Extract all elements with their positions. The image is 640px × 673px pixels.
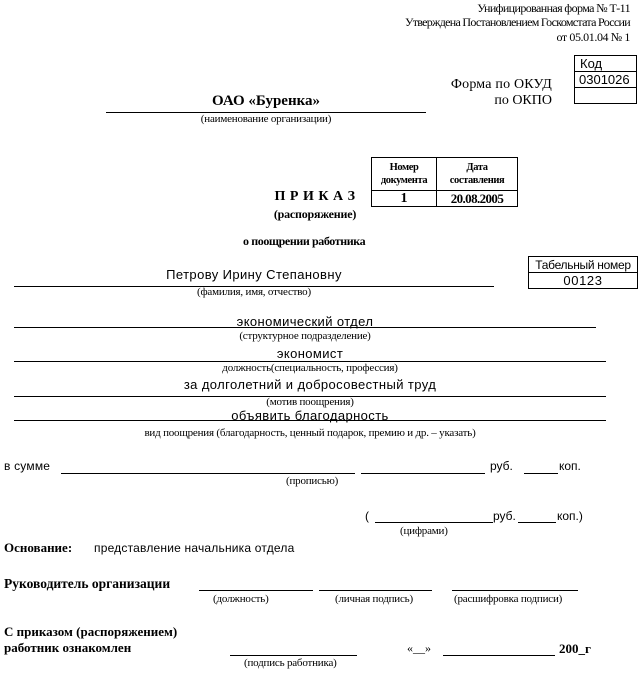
document-number-date-table: Номер документа Дата составления 1 20.08…	[371, 157, 518, 207]
amount-kop-label: коп.	[559, 459, 581, 473]
okpo-code	[575, 88, 637, 104]
amount-digits-kop-label: коп.)	[557, 509, 583, 523]
reward-line	[14, 420, 606, 421]
approval-line: Утверждена Постановлением Госкомстата Ро…	[405, 15, 630, 30]
tab-number-table: Табельный номер 00123	[528, 256, 638, 289]
form-number-line: Унифицированная форма № Т-11	[477, 1, 630, 16]
amount-digits-kop-line[interactable]	[518, 522, 556, 523]
amount-digits-caption: (цифрами)	[400, 525, 448, 537]
okud-code: 0301026	[575, 72, 637, 88]
okud-label: Форма по ОКУД	[451, 77, 552, 93]
document-subtitle: (распоряжение)	[250, 207, 380, 222]
amount-digits-rub-line[interactable]	[375, 522, 493, 523]
date-header: Дата составления	[437, 158, 518, 191]
ack-line-2: работник ознакомлен	[4, 640, 131, 656]
amount-kop-line[interactable]	[524, 473, 558, 474]
position-value[interactable]: экономист	[14, 346, 606, 361]
ack-day[interactable]: «__»	[407, 641, 431, 656]
head-label: Руководитель организации	[4, 576, 170, 592]
document-subject: о поощрении работника	[243, 234, 365, 249]
ack-line-1: С приказом (распоряжением)	[4, 624, 177, 640]
amount-words-caption: (прописью)	[286, 475, 338, 487]
head-decoding-line[interactable]	[452, 590, 578, 591]
department-line	[14, 327, 596, 328]
motive-caption: (мотив поощрения)	[14, 396, 606, 408]
okpo-label: по ОКПО	[494, 93, 552, 109]
motive-value[interactable]: за долголетний и добросовестный труд	[14, 377, 606, 392]
amount-digits-rub-label: руб.	[493, 509, 516, 523]
employee-name[interactable]: Петрову Ирину Степановну	[14, 267, 494, 282]
codes-table: Код 0301026	[574, 55, 637, 104]
basis-label: Основание:	[4, 540, 72, 556]
amount-rub-line[interactable]	[361, 473, 485, 474]
tab-number-header: Табельный номер	[529, 257, 638, 273]
head-position-line[interactable]	[199, 590, 313, 591]
amount-rub-label: руб.	[490, 459, 513, 473]
reward-caption: вид поощрения (благодарность, ценный под…	[14, 427, 606, 439]
organization-caption: (наименование организации)	[56, 113, 476, 125]
document-number: 1	[372, 191, 437, 207]
head-signature-caption: (личная подпись)	[335, 593, 413, 605]
amount-words-line[interactable]	[61, 473, 355, 474]
employee-signature-caption: (подпись работника)	[244, 657, 337, 669]
kod-header: Код	[575, 56, 637, 72]
basis-value[interactable]: представление начальника отдела	[94, 541, 294, 555]
head-signature-line[interactable]	[319, 590, 432, 591]
employee-signature-line[interactable]	[230, 655, 357, 656]
document-title: П Р И К А З	[250, 189, 380, 205]
department-caption: (структурное подразделение)	[14, 330, 596, 342]
ack-year[interactable]: 200_г	[559, 641, 591, 657]
number-header: Номер документа	[372, 158, 437, 191]
tab-number[interactable]: 00123	[529, 273, 638, 289]
document-date: 20.08.2005	[437, 191, 518, 207]
approval-date-line: от 05.01.04 № 1	[556, 30, 630, 45]
ack-month-line[interactable]	[443, 655, 555, 656]
employee-name-caption: (фамилия, имя, отчество)	[14, 286, 494, 298]
head-decoding-caption: (расшифровка подписи)	[454, 593, 562, 605]
amount-label: в сумме	[4, 459, 50, 473]
amount-digits-open-paren: (	[365, 509, 369, 523]
head-position-caption: (должность)	[213, 593, 269, 605]
organization-name: ОАО «Буренка»	[106, 93, 426, 110]
position-caption: должность(специальность, профессия)	[14, 362, 606, 374]
